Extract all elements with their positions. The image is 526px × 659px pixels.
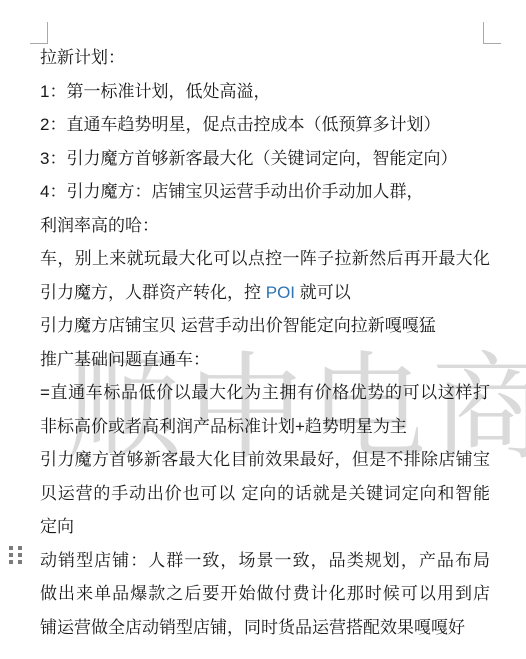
doc-line[interactable]: 4：引力魔方：店铺宝贝运营手动出价手动加人群， xyxy=(40,175,490,209)
doc-line[interactable]: 做出来单品爆款之后要开始做付费计化那时候可以用到店 xyxy=(40,577,490,611)
drag-handle-dot xyxy=(18,560,22,564)
doc-line[interactable]: 推广基础问题直通车： xyxy=(40,343,490,377)
document-text-area[interactable]: 拉新计划： 1：第一标准计划，低处高溢， 2：直通车趋势明星，促点击控成本（低预… xyxy=(40,41,490,644)
poi-highlight: POI xyxy=(266,283,295,302)
doc-line[interactable]: 利润率高的哈： xyxy=(40,209,490,243)
drag-handle-dot xyxy=(9,553,13,557)
drag-handle-icon[interactable] xyxy=(9,546,22,564)
doc-line[interactable]: 定向 xyxy=(40,510,490,544)
doc-line[interactable]: 拉新计划： xyxy=(40,41,490,75)
doc-line[interactable]: 2：直通车趋势明星，促点击控成本（低预算多计划） xyxy=(40,108,490,142)
doc-line[interactable]: 引力魔方首够新客最大化目前效果最好，但是不排除店铺宝 xyxy=(40,443,490,477)
doc-line[interactable]: 动销型店铺：人群一致，场景一致，品类规划，产品布局 xyxy=(40,544,490,578)
drag-handle-dot xyxy=(9,560,13,564)
doc-line[interactable]: 引力魔方店铺宝贝 运营手动出价智能定向拉新嘎嘎猛 xyxy=(40,309,490,343)
drag-handle-dot xyxy=(18,546,22,550)
doc-line[interactable]: 非标高价或者高利润产品标准计划+趋势明星为主 xyxy=(40,410,490,444)
doc-line[interactable]: 3：引力魔方首够新客最大化（关键词定向，智能定向） xyxy=(40,142,490,176)
doc-line[interactable]: =直通车标品低价以最大化为主拥有价格优势的可以这样打 xyxy=(40,376,490,410)
doc-line[interactable]: 车，别上来就玩最大化可以点控一阵子拉新然后再开最大化 xyxy=(40,242,490,276)
doc-line[interactable]: 铺运营做全店动销型店铺，同时货品运营搭配效果嘎嘎好 xyxy=(40,611,490,645)
drag-handle-dot xyxy=(9,546,13,550)
drag-handle-dot xyxy=(18,553,22,557)
doc-line[interactable]: 引力魔方，人群资产转化，控 POI 就可以 xyxy=(40,276,490,310)
doc-line[interactable]: 1：第一标准计划，低处高溢， xyxy=(40,75,490,109)
doc-line[interactable]: 贝运营的手动出价也可以 定向的话就是关键词定向和智能 xyxy=(40,477,490,511)
